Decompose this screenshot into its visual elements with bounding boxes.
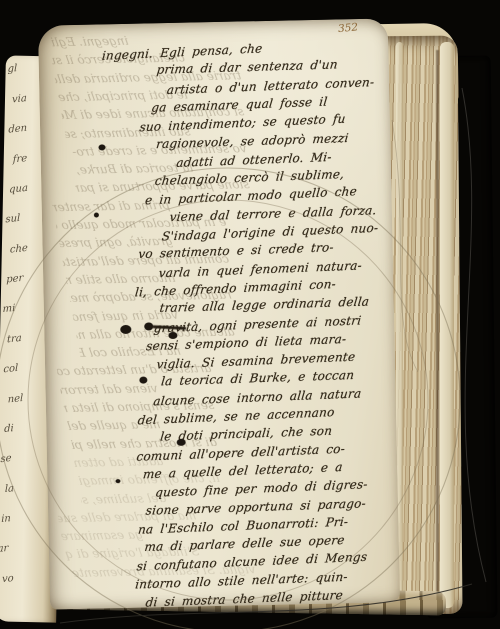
previous-page-text-fragment: fre: [13, 153, 27, 166]
ink-blot: [120, 325, 131, 334]
previous-page-text-fragment: tra: [7, 333, 22, 346]
previous-page-text-fragment: che: [10, 243, 28, 256]
previous-page-text-fragment: in: [1, 513, 11, 525]
fore-edge-crevice: [436, 50, 439, 606]
previous-page-text-fragment: se: [0, 453, 11, 465]
ink-blot: [168, 332, 177, 339]
ink-blot: [94, 212, 99, 217]
previous-page-text-fragment: gl: [8, 63, 18, 75]
previous-page-text-fragment: ar: [0, 543, 8, 555]
previous-page-text-fragment: vo: [2, 573, 14, 585]
previous-page-text-fragment: sul: [6, 213, 21, 226]
previous-page-text-fragment: den: [8, 123, 27, 136]
fore-edge-leaf: [440, 42, 454, 608]
ink-blot: [98, 144, 105, 150]
ink-blots-layer: [38, 18, 400, 609]
manuscript-page-recto: 352 ingegni. Egli pensa, chechelangiolo …: [38, 18, 400, 609]
previous-page-text-fragment: la: [5, 483, 14, 495]
previous-page-text-fragment: di: [4, 423, 14, 435]
previous-page-text-fragment: col: [3, 363, 18, 376]
previous-page-text-fragment: mi: [3, 303, 16, 315]
previous-page-text-fragment: via: [12, 93, 27, 106]
ink-blot: [177, 439, 186, 446]
previous-page-text-fragment: nel: [8, 393, 24, 406]
book-photo: glviadenfrequasulchepermitracolneldisela…: [0, 0, 500, 629]
previous-page-text-fragment: per: [6, 273, 23, 286]
ink-blot-smear: [152, 325, 186, 330]
ink-blot: [139, 377, 147, 384]
ink-blot: [115, 479, 120, 483]
previous-page-text-fragment: qua: [9, 183, 28, 196]
